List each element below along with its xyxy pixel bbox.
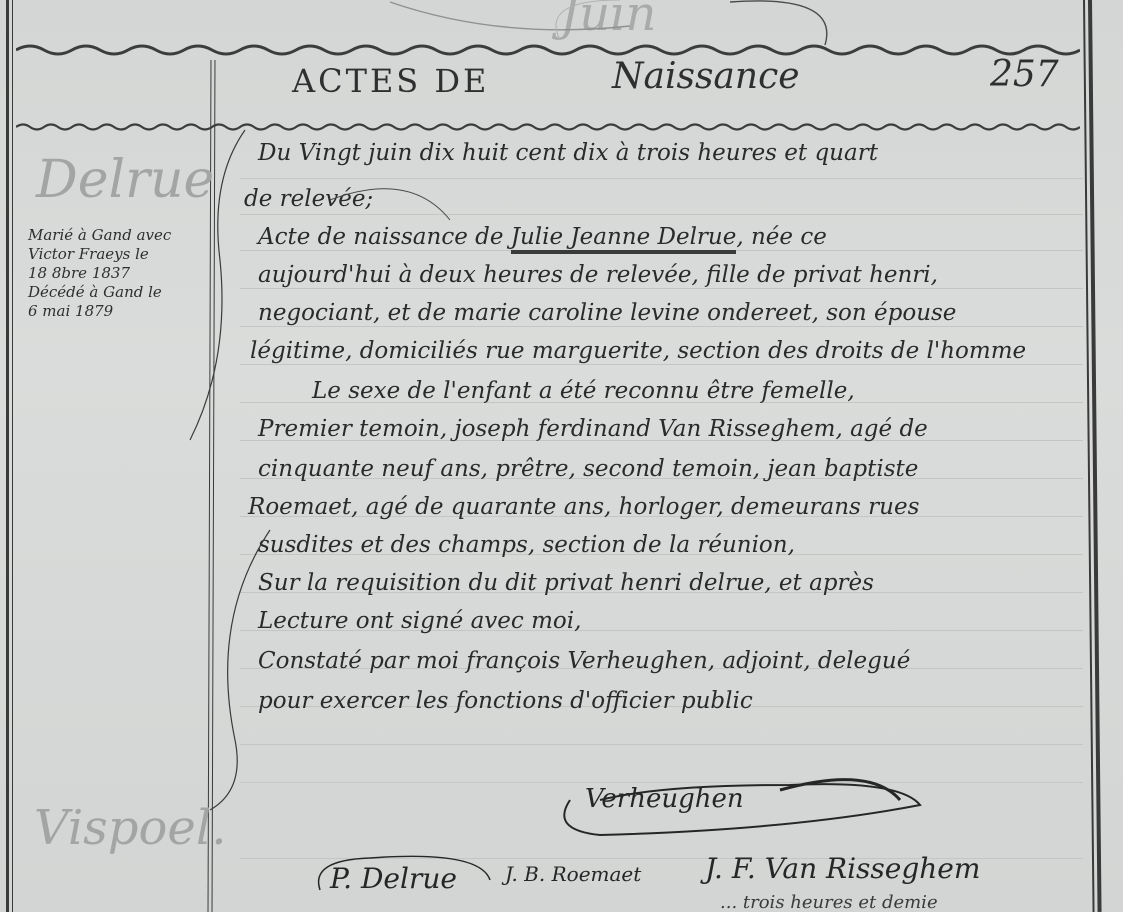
witness-1-signature: J. B. Roemaet: [505, 862, 641, 886]
next-entry-fragment: ... trois heures et demie: [720, 892, 938, 912]
registry-page: Juin ACTES DE Naissance 257 Delrue Marié…: [0, 0, 1123, 912]
margin-note-line: Victor Fraeys le: [28, 245, 208, 264]
act-line: negociant, et de marie caroline levine o…: [258, 300, 956, 326]
ruled-line: [240, 744, 1083, 745]
margin-note-line: Décédé à Gand le: [28, 283, 208, 302]
margin-annotation: Marié à Gand avec Victor Fraeys le 18 8b…: [28, 226, 208, 321]
ruled-line: [240, 178, 1083, 179]
act-line: Roemaet, agé de quarante ans, horloger, …: [248, 494, 919, 520]
act-line: Premier temoin, joseph ferdinand Van Ris…: [258, 416, 928, 442]
ruled-line: [240, 364, 1083, 365]
officer-signature: Verheughen: [585, 784, 744, 814]
act-intro: Acte de naissance de: [258, 224, 503, 250]
margin-next-name: Vispoel.: [34, 800, 226, 856]
ruled-line: [240, 288, 1083, 289]
witness-2-signature: J. F. Van Risseghem: [705, 852, 980, 885]
top-wavy-rule: [16, 38, 1080, 58]
page-number: 257: [990, 54, 1059, 95]
ruled-line: [240, 214, 1083, 215]
act-line: cinquante neuf ans, prêtre, second temoi…: [258, 456, 918, 482]
header-wavy-rule: [16, 118, 1080, 134]
act-line: Lecture ont signé avec moi,: [258, 608, 581, 634]
act-line: pour exercer les fonctions d'officier pu…: [258, 688, 753, 714]
act-line: de relevée;: [244, 186, 373, 212]
header-title: ACTES DE: [292, 62, 489, 100]
margin-note-line: 6 mai 1879: [28, 302, 208, 321]
act-line: Constaté par moi françois Verheughen, ad…: [258, 648, 910, 674]
ruled-line: [240, 326, 1083, 327]
child-name: Julie Jeanne Delrue: [511, 224, 737, 254]
left-border-line: [6, 0, 9, 912]
left-border-line: [12, 0, 13, 912]
header-script-title: Naissance: [612, 56, 800, 97]
act-line: Sur la requisition du dit privat henri d…: [258, 570, 874, 596]
act-line: Acte de naissance de Julie Jeanne Delrue…: [258, 224, 827, 250]
act-line: aujourd'hui à deux heures de relevée, fi…: [258, 262, 938, 288]
right-border-line: [1088, 0, 1102, 912]
act-line: Le sexe de l'enfant a été reconnu être f…: [312, 378, 855, 404]
act-line: susdites et des champs, section de la ré…: [258, 532, 795, 558]
margin-note-line: 18 8bre 1837: [28, 264, 208, 283]
act-line: légitime, domiciliés rue marguerite, sec…: [250, 338, 1026, 364]
margin-note-line: Marié à Gand avec: [28, 226, 208, 245]
ruled-line: [240, 782, 1083, 783]
act-after-name: , née ce: [736, 224, 826, 250]
margin-family-name: Delrue: [36, 150, 214, 210]
faded-month-text: Juin: [560, 0, 656, 42]
father-signature: P. Delrue: [330, 862, 457, 895]
act-line: Du Vingt juin dix huit cent dix à trois …: [258, 140, 878, 166]
